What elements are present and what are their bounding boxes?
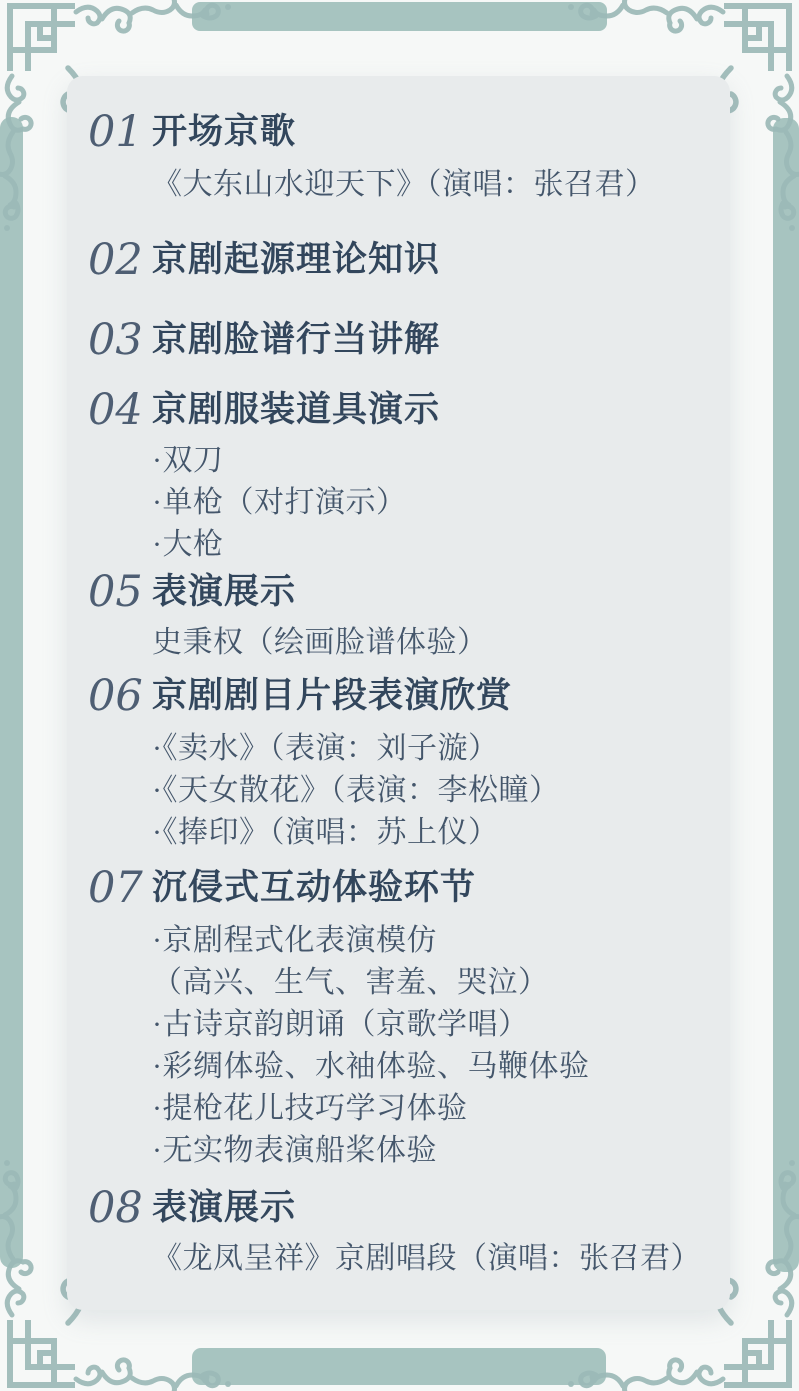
section-title: 京剧起源理论知识 xyxy=(152,236,440,284)
section-subitem: ·大枪 xyxy=(88,524,702,566)
section-subitem: （高兴、生气、害羞、哭泣） xyxy=(88,962,702,1004)
section-subitem: ·提枪花儿技巧学习体验 xyxy=(88,1088,702,1130)
section-heading-row: 01 开场京歌 xyxy=(88,108,702,156)
section-heading-row: 06 京剧剧目片段表演欣赏 xyxy=(88,672,702,720)
section-subitem: ·《卖水》（表演：刘子漩） xyxy=(88,728,702,770)
section-number: 06 xyxy=(88,672,152,720)
section-subitem: ·古诗京韵朗诵（京歌学唱） xyxy=(88,1004,702,1046)
section-subitem: ·《天女散花》（表演：李松瞳） xyxy=(88,770,702,812)
section-title: 表演展示 xyxy=(152,568,296,616)
section-number: 05 xyxy=(88,568,152,616)
section-subitem: ·双刀 xyxy=(88,440,702,482)
section-title: 沉侵式互动体验环节 xyxy=(152,864,476,912)
accent-bar-bottom xyxy=(192,1348,606,1385)
section-heading-row: 03 京剧脸谱行当讲解 xyxy=(88,316,702,364)
program-section: 06 京剧剧目片段表演欣赏 ·《卖水》（表演：刘子漩） ·《天女散花》（表演：李… xyxy=(88,672,702,854)
program-section: 08 表演展示 《龙凤呈祥》京剧唱段（演唱：张召君） xyxy=(88,1184,702,1280)
program-section: 05 表演展示 史秉权（绘画脸谱体验） xyxy=(88,568,702,664)
section-number: 04 xyxy=(88,386,152,434)
section-heading-row: 02 京剧起源理论知识 xyxy=(88,236,702,284)
section-subitem: ·彩绸体验、水袖体验、马鞭体验 xyxy=(88,1046,702,1088)
section-heading-row: 07 沉侵式互动体验环节 xyxy=(88,864,702,912)
section-heading-row: 05 表演展示 xyxy=(88,568,702,616)
section-subitem: 《大东山水迎天下》（演唱：张召君） xyxy=(88,164,702,206)
section-subitem: ·单枪（对打演示） xyxy=(88,482,702,524)
poster-background: 01 开场京歌 《大东山水迎天下》（演唱：张召君） 02 京剧起源理论知识 03… xyxy=(0,0,799,1391)
accent-bar-left xyxy=(0,117,23,1268)
accent-bar-top xyxy=(192,2,607,31)
program-section: 07 沉侵式互动体验环节 ·京剧程式化表演模仿 （高兴、生气、害羞、哭泣） ·古… xyxy=(88,864,702,1172)
section-subitem: ·京剧程式化表演模仿 xyxy=(88,920,702,962)
program-section: 04 京剧服装道具演示 ·双刀 ·单枪（对打演示） ·大枪 xyxy=(88,386,702,566)
section-subitem: 《龙凤呈祥》京剧唱段（演唱：张召君） xyxy=(88,1238,702,1280)
section-number: 01 xyxy=(88,108,152,156)
section-number: 03 xyxy=(88,316,152,364)
section-subitem: ·《捧印》（演唱：苏上仪） xyxy=(88,812,702,854)
section-subitem: 史秉权（绘画脸谱体验） xyxy=(88,622,702,664)
section-number: 02 xyxy=(88,236,152,284)
accent-bar-right xyxy=(773,118,799,1272)
section-heading-row: 08 表演展示 xyxy=(88,1184,702,1232)
section-title: 京剧服装道具演示 xyxy=(152,386,440,434)
program-section: 03 京剧脸谱行当讲解 xyxy=(88,316,702,364)
section-title: 开场京歌 xyxy=(152,108,296,156)
program-section: 01 开场京歌 《大东山水迎天下》（演唱：张召君） xyxy=(88,108,702,206)
section-heading-row: 04 京剧服装道具演示 xyxy=(88,386,702,434)
section-subitem: ·无实物表演船桨体验 xyxy=(88,1130,702,1172)
program-card: 01 开场京歌 《大东山水迎天下》（演唱：张召君） 02 京剧起源理论知识 03… xyxy=(67,76,730,1310)
section-title: 京剧剧目片段表演欣赏 xyxy=(152,672,512,720)
program-section: 02 京剧起源理论知识 xyxy=(88,236,702,284)
section-title: 表演展示 xyxy=(152,1184,296,1232)
section-number: 07 xyxy=(88,864,152,912)
section-number: 08 xyxy=(88,1184,152,1232)
section-title: 京剧脸谱行当讲解 xyxy=(152,316,440,364)
